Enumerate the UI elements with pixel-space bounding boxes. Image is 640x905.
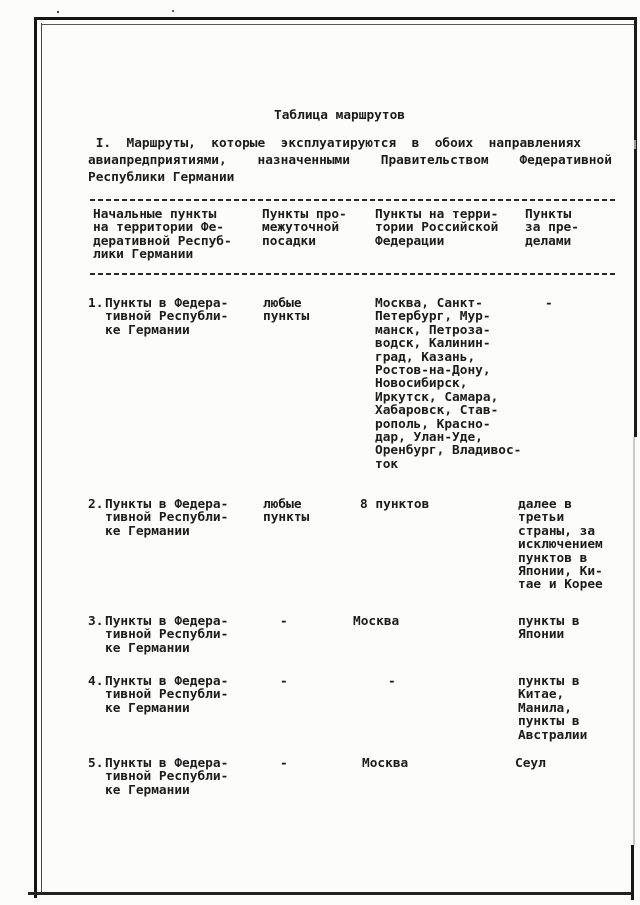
row-number: 3.: [88, 615, 103, 628]
text-line: Москва: [353, 615, 399, 628]
page-border-left: [34, 17, 37, 898]
header-intermediate-points: Пункты про-межуточнойпосадки: [262, 208, 347, 248]
text-line: делами: [525, 235, 579, 248]
text-line: Манила,: [518, 702, 587, 715]
text-line: Пункты в Федера-: [105, 498, 228, 511]
text-line: I. Маршруты, которые эксплуатируются в о…: [88, 135, 612, 152]
text-line: Новосибирск,: [375, 377, 521, 390]
text-line: ке Германии: [105, 324, 228, 337]
text-line: -: [280, 675, 288, 688]
page-border-bottom: [28, 892, 632, 895]
text-line: тивной Республи-: [105, 310, 228, 323]
text-line: Китае,: [518, 688, 587, 701]
header-russia-points: Пункты на терри-тории РоссийскойФедераци…: [375, 208, 498, 248]
route-origin-cell: Пункты в Федера-тивной Республи-ке Герма…: [105, 757, 228, 797]
beyond-points-cell: пункты вЯпонии: [518, 615, 580, 642]
text-line: тивной Республи-: [105, 688, 228, 701]
text-line: лики Германии: [93, 248, 232, 261]
text-line: Японии: [518, 628, 580, 641]
route-origin-cell: Пункты в Федера-тивной Республи-ке Герма…: [105, 498, 228, 538]
text-line: Пункты в Федера-: [105, 615, 228, 628]
text-line: -: [545, 297, 553, 310]
row-number: 1.: [88, 297, 103, 310]
route-origin-cell: Пункты в Федера-тивной Республи-ке Герма…: [105, 297, 228, 337]
text-line: град, Казань,: [375, 351, 521, 364]
text-line: пункты: [263, 310, 309, 323]
text-line: Пункты: [525, 208, 579, 221]
text-line: Оренбург, Владивос-: [375, 444, 521, 457]
text-line: Москва, Санкт-: [375, 297, 521, 310]
text-line: за пре-: [525, 221, 579, 234]
russia-points-cell: Москва, Санкт-Петербург, Мур-манск, Петр…: [375, 297, 521, 471]
text-line: тае и Корее: [518, 578, 603, 591]
text-line: тивной Республи-: [105, 511, 228, 524]
text-line: тории Российской: [375, 221, 498, 234]
text-line: пункты в: [518, 715, 587, 728]
route-origin-cell: Пункты в Федера-тивной Республи-ке Герма…: [105, 615, 228, 655]
table-divider-header: [90, 273, 618, 275]
intermediate-points-cell: -: [280, 757, 288, 770]
text-line: любые: [263, 297, 309, 310]
text-line: пункты: [263, 511, 309, 524]
header-beyond-points: Пунктыза пре-делами: [525, 208, 579, 248]
intermediate-points-cell: -: [280, 675, 288, 688]
text-line: страны, за: [518, 525, 603, 538]
row-number: 4.: [88, 675, 103, 688]
text-line: межуточной: [262, 221, 347, 234]
text-line: ке Германии: [105, 525, 228, 538]
page-border-top-inner: [42, 24, 636, 25]
text-line: ке Германии: [105, 784, 228, 797]
text-line: далее в: [518, 498, 603, 511]
text-line: исключением: [518, 538, 603, 551]
route-origin-cell: Пункты в Федера-тивной Республи-ке Герма…: [105, 675, 228, 715]
text-line: Начальные пункты: [93, 208, 232, 221]
text-line: 8 пунктов: [360, 498, 429, 511]
scan-speck: [634, 140, 636, 149]
intermediate-points-cell: любыепункты: [263, 297, 309, 324]
page-border-left-inner: [41, 23, 42, 895]
beyond-points-cell: пункты вКитае,Манила,пункты вАвстралии: [518, 675, 587, 742]
beyond-points-cell: далее втретьистраны, заисключениемпункто…: [518, 498, 603, 592]
scanned-document-page: Таблица маршрутов I. Маршруты, которые э…: [0, 0, 640, 905]
russia-points-cell: Москва: [362, 757, 408, 770]
text-line: ке Германии: [105, 702, 228, 715]
text-line: дар, Улан-Уде,: [375, 431, 521, 444]
table-divider-top: [90, 199, 618, 201]
text-line: Пункты на терри-: [375, 208, 498, 221]
text-line: Японии, Ки-: [518, 565, 603, 578]
beyond-points-cell: -: [545, 297, 553, 310]
text-line: Федерации: [375, 235, 498, 248]
text-line: Пункты в Федера-: [105, 297, 228, 310]
text-line: манск, Петроза-: [375, 324, 521, 337]
text-line: -: [280, 615, 288, 628]
text-line: Иркутск, Самара,: [375, 391, 521, 404]
text-line: Республики Германии: [88, 169, 612, 186]
text-line: тивной Республи-: [105, 628, 228, 641]
scan-speck: [57, 11, 59, 13]
text-line: пунктов в: [518, 552, 603, 565]
page-border-right-faded: [633, 437, 635, 845]
text-line: Москва: [362, 757, 408, 770]
text-line: ток: [375, 458, 521, 471]
text-line: Ростов-на-Дону,: [375, 364, 521, 377]
beyond-points-cell: Сеул: [515, 757, 546, 770]
text-line: рополь, Красно-: [375, 418, 521, 431]
document-title: Таблица маршрутов: [274, 108, 405, 123]
text-line: Пункты про-: [262, 208, 347, 221]
text-line: третьи: [518, 511, 603, 524]
page-border-right-upper: [634, 17, 637, 437]
russia-points-cell: -: [388, 675, 396, 688]
text-line: Пункты в Федера-: [105, 675, 228, 688]
intermediate-points-cell: -: [280, 615, 288, 628]
text-line: -: [388, 675, 396, 688]
intro-paragraph: I. Маршруты, которые эксплуатируются в о…: [88, 135, 612, 187]
text-line: авиапредприятиями, назначенными Правител…: [88, 152, 612, 169]
text-line: Петербург, Мур-: [375, 310, 521, 323]
text-line: пункты в: [518, 615, 580, 628]
text-line: Хабаровск, Став-: [375, 404, 521, 417]
page-border-top: [34, 17, 637, 20]
text-line: -: [280, 757, 288, 770]
header-origin-points: Начальные пунктына территории Фе-дератив…: [93, 208, 232, 262]
row-number: 2.: [88, 498, 103, 511]
russia-points-cell: Москва: [353, 615, 399, 628]
text-line: тивной Республи-: [105, 770, 228, 783]
text-line: любые: [263, 498, 309, 511]
russia-points-cell: 8 пунктов: [360, 498, 429, 511]
text-line: Сеул: [515, 757, 546, 770]
text-line: на территории Фе-: [93, 221, 232, 234]
text-line: водск, Калинин-: [375, 337, 521, 350]
text-line: деративной Респуб-: [93, 235, 232, 248]
text-line: Австралии: [518, 729, 587, 742]
intermediate-points-cell: любыепункты: [263, 498, 309, 525]
scan-speck: [172, 10, 174, 12]
text-line: Пункты в Федера-: [105, 757, 228, 770]
text-line: ке Германии: [105, 642, 228, 655]
text-line: пункты в: [518, 675, 587, 688]
text-line: посадки: [262, 235, 347, 248]
row-number: 5.: [88, 757, 103, 770]
